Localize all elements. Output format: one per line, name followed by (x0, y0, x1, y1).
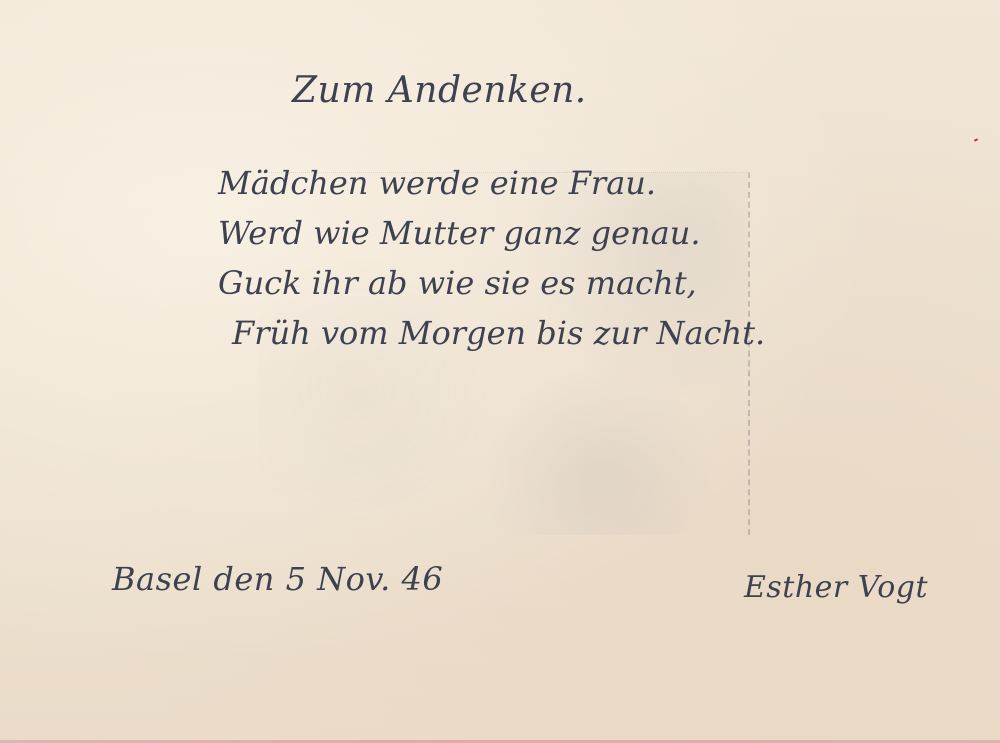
signature: Esther Vogt (744, 570, 928, 605)
place-and-date: Basel den 5 Nov. 46 (112, 560, 443, 598)
poem-line: Mädchen werde eine Frau. (218, 158, 751, 208)
album-page: Zum Andenken. Mädchen werde eine Frau. W… (0, 0, 1000, 743)
poem-line: Früh vom Morgen bis zur Nacht. (232, 308, 765, 358)
ink-speck (974, 138, 978, 142)
page-title: Zum Andenken. (292, 70, 587, 111)
poem-line: Guck ihr ab wie sie es macht, (218, 258, 751, 308)
poem-line: Werd wie Mutter ganz genau. (218, 208, 751, 258)
poem: Mädchen werde eine Frau. Werd wie Mutter… (218, 158, 751, 358)
